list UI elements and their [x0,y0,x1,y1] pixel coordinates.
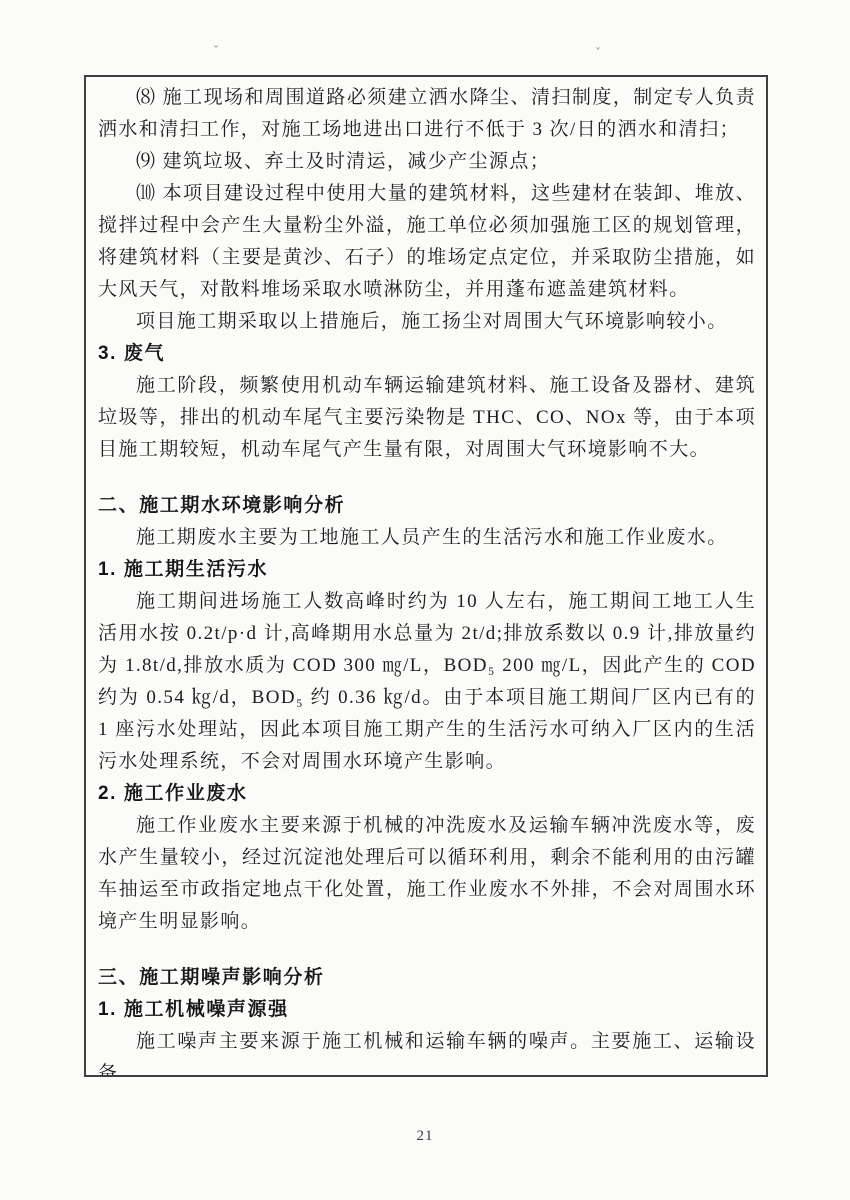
heading-domestic-sewage: 1. 施工期生活污水 [98,554,756,586]
para-operation-wastewater: 施工作业废水主要来源于机械的冲洗废水及运输车辆冲洗废水等，废水产生量较小，经过沉… [98,810,756,938]
document-body: ⑻ 施工现场和周围道路必须建立洒水降尘、清扫制度，制定专人负责洒水和清扫工作，对… [98,82,756,1077]
scanned-document-page: ˇ ˇ ⑻ 施工现场和周围道路必须建立洒水降尘、清扫制度，制定专人负责洒水和清扫… [0,0,850,1200]
para-measure-8: ⑻ 施工现场和周围道路必须建立洒水降尘、清扫制度，制定专人负责洒水和清扫工作，对… [98,82,756,146]
heading-section-3-noise: 三、施工期噪声影响分析 [98,962,756,994]
heading-waste-gas: 3. 废气 [98,338,756,370]
para-measure-9: ⑼ 建筑垃圾、弃土及时清运，减少产尘源点； [98,146,756,178]
para-waste-gas: 施工阶段，频繁使用机动车辆运输建筑材料、施工设备及器材、建筑垃圾等，排出的机动车… [98,370,756,466]
page-number: 21 [0,1128,850,1145]
heading-section-2-water: 二、施工期水环境影响分析 [98,490,756,522]
document-border-frame: ⑻ 施工现场和周围道路必须建立洒水降尘、清扫制度，制定专人负责洒水和清扫工作，对… [84,75,768,1077]
para-dust-conclusion: 项目施工期采取以上措施后，施工扬尘对周围大气环境影响较小。 [98,306,756,338]
scan-tick-mark-right: ˇ [595,46,601,60]
para-domestic-sewage: 施工期间进场施工人数高峰时约为 10 人左右，施工期间工地工人生活用水按 0.2… [98,586,756,778]
para-water-intro: 施工期废水主要为工地施工人员产生的生活污水和施工作业废水。 [98,522,756,554]
heading-operation-wastewater: 2. 施工作业废水 [98,778,756,810]
scan-tick-mark-left: ˇ [213,44,219,58]
para-noise-intro: 施工噪声主要来源于施工机械和运输车辆的噪声。主要施工、运输设备 [98,1026,756,1077]
para-measure-10: ⑽ 本项目建设过程中使用大量的建筑材料，这些建材在装卸、堆放、搅拌过程中会产生大… [98,178,756,306]
heading-machine-noise: 1. 施工机械噪声源强 [98,994,756,1026]
